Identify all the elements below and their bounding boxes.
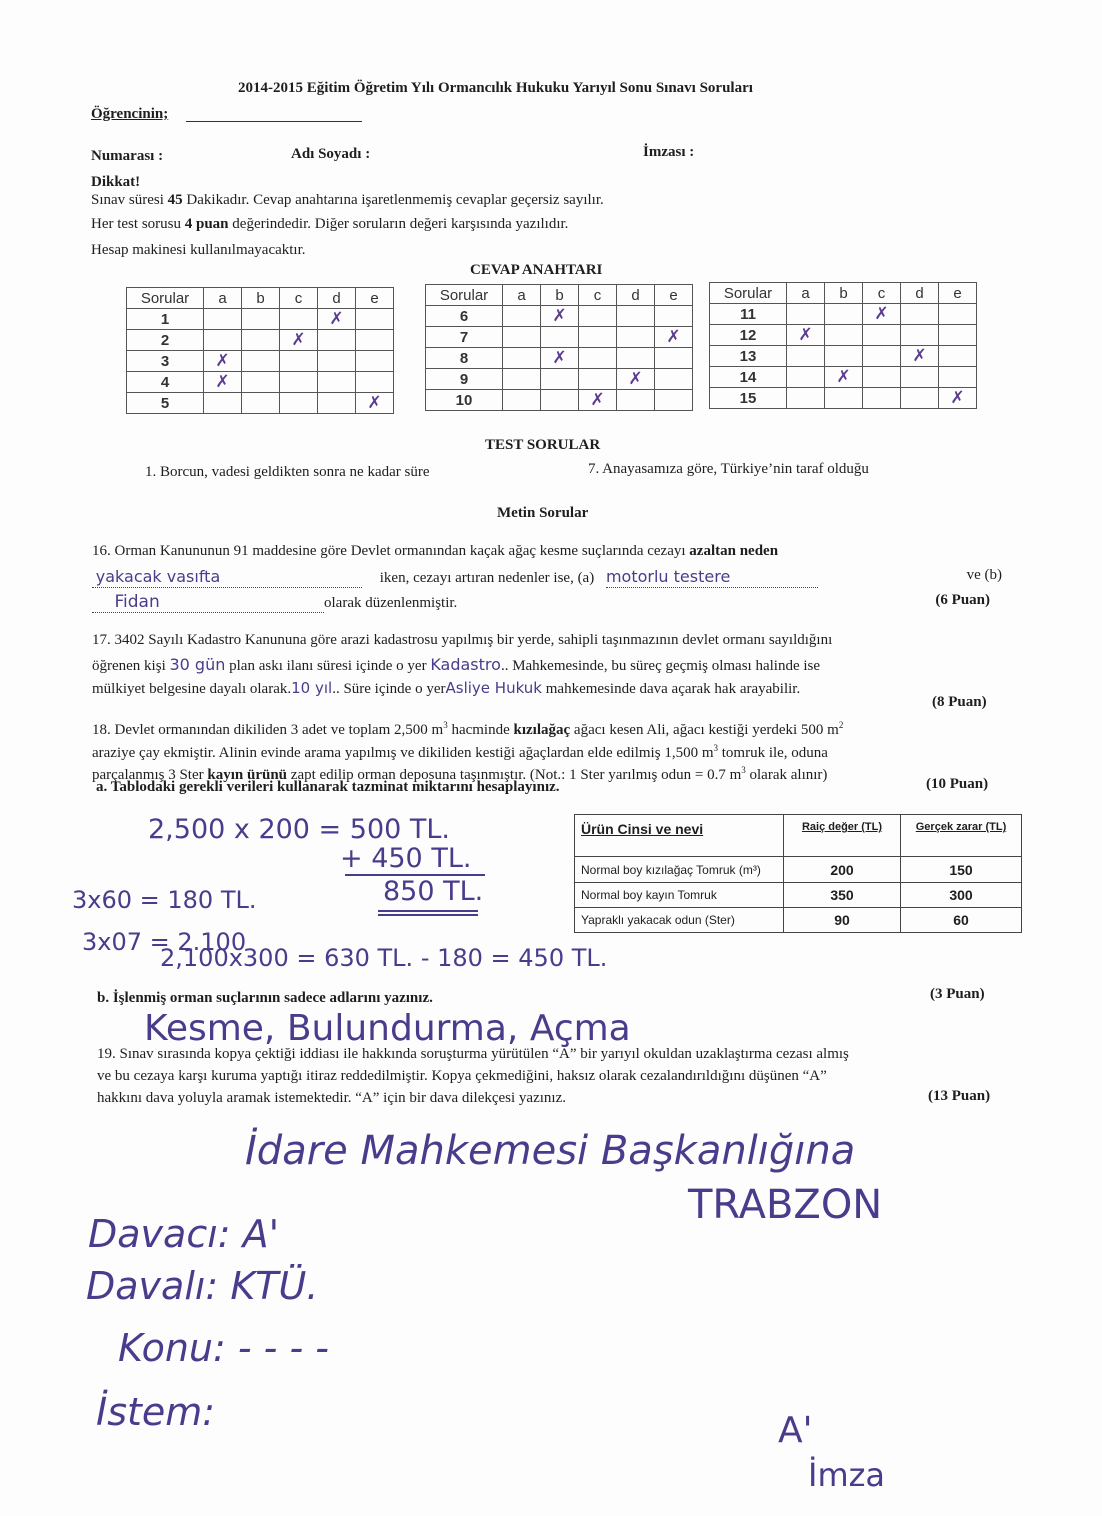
question-17-points: (8 Puan)	[932, 694, 987, 711]
column-header-questions: Sorular	[710, 283, 787, 304]
answer-cell-12-e[interactable]	[939, 325, 977, 346]
question-18b-points: (3 Puan)	[930, 986, 985, 1003]
answer-cell-7-a[interactable]	[503, 327, 541, 348]
answer-key-title: CEVAP ANAHTARI	[470, 262, 602, 279]
answer-cell-2-e[interactable]	[356, 330, 394, 351]
question-number: 9	[426, 369, 503, 390]
question-19-line-1: 19. Sınav sırasında kopya çektiği iddias…	[97, 1046, 1027, 1063]
cross-mark-icon: ✗	[291, 330, 305, 350]
question-number: 4	[127, 372, 204, 393]
instruction-line-1: Sınav süresi 45 Dakikadır. Cevap anahtar…	[91, 192, 604, 209]
answer-18b-crimes: Kesme, Bulundurma, Açma	[144, 1008, 631, 1049]
answer-17-days[interactable]: 30 gün	[169, 655, 225, 674]
table-row: Yapraklı yakacak odun (Ster)9060	[575, 908, 1022, 933]
answer-cell-4-b[interactable]	[242, 372, 280, 393]
value-table: Ürün Cinsi ve nevi Raiç değer (TL) Gerçe…	[574, 814, 1022, 933]
answer-cell-5-a[interactable]	[204, 393, 242, 414]
answer-cell-5-b[interactable]	[242, 393, 280, 414]
answer-row: 10✗	[426, 390, 693, 411]
table-row: Normal boy kayın Tomruk350300	[575, 883, 1022, 908]
question-number: 15	[710, 388, 787, 409]
question-16-points: (6 Puan)	[935, 592, 990, 609]
petition-sign-label: İmza	[808, 1456, 885, 1494]
cross-mark-icon: ✗	[628, 369, 642, 389]
question-number: 5	[127, 393, 204, 414]
answer-cell-5-c[interactable]	[280, 393, 318, 414]
column-header-c: c	[579, 285, 617, 306]
petition-addressee: İdare Mahkemesi Başkanlığına	[245, 1128, 855, 1174]
answer-cell-10-c[interactable]: ✗	[579, 390, 617, 411]
column-header-c: c	[280, 288, 318, 309]
answer-cell-2-b[interactable]	[242, 330, 280, 351]
answer-cell-10-b[interactable]	[541, 390, 579, 411]
answer-row: 1✗	[127, 309, 394, 330]
question-17-line-3: mülkiyet belgesine dayalı olarak.10 yıl.…	[92, 679, 1022, 698]
answer-row: 12✗	[710, 325, 977, 346]
cross-mark-icon: ✗	[912, 346, 926, 366]
calc-line-4: 3x60 = 180 TL.	[72, 886, 256, 914]
cross-mark-icon: ✗	[552, 348, 566, 368]
petition-defendant: Davalı: KTÜ.	[86, 1264, 318, 1308]
calc-line-1: 2,500 x 200 = 500 TL.	[148, 814, 450, 845]
question-number: 12	[710, 325, 787, 346]
petition-request: İstem:	[96, 1390, 215, 1434]
column-header-questions: Sorular	[426, 285, 503, 306]
test-question-7: 7. Anayasamıza göre, Türkiye’nin taraf o…	[588, 461, 869, 478]
question-number: 1	[127, 309, 204, 330]
answer-cell-6-b[interactable]: ✗	[541, 306, 579, 327]
cross-mark-icon: ✗	[329, 309, 343, 329]
answer-key-table-2: Sorularabcde6✗7✗8✗9✗10✗	[425, 284, 693, 411]
answer-cell-4-d[interactable]	[318, 372, 356, 393]
question-number: 3	[127, 351, 204, 372]
answer-cell-7-b[interactable]	[541, 327, 579, 348]
question-16-line-3: Fidanolarak düzenlenmiştir. (6 Puan)	[92, 592, 1014, 613]
answer-cell-13-c[interactable]	[863, 346, 901, 367]
answer-cell-1-b[interactable]	[242, 309, 280, 330]
answer-cell-1-a[interactable]	[204, 309, 242, 330]
answer-cell-3-c[interactable]	[280, 351, 318, 372]
answer-row: 7✗	[426, 327, 693, 348]
answer-cell-3-a[interactable]: ✗	[204, 351, 242, 372]
answer-row: 5✗	[127, 393, 394, 414]
column-header-b: b	[541, 285, 579, 306]
answer-row: 6✗	[426, 306, 693, 327]
cross-mark-icon: ✗	[215, 372, 229, 392]
question-number: 11	[710, 304, 787, 325]
cross-mark-icon: ✗	[874, 304, 888, 324]
answer-cell-5-e[interactable]: ✗	[356, 393, 394, 414]
answer-cell-13-e[interactable]	[939, 346, 977, 367]
name-label: Adı Soyadı :	[291, 146, 370, 163]
cross-mark-icon: ✗	[215, 351, 229, 371]
cross-mark-icon: ✗	[590, 390, 604, 410]
petition-city: TRABZON	[688, 1182, 882, 1228]
answer-key-table-1: Sorularabcde1✗2✗3✗4✗5✗	[126, 287, 394, 414]
answer-cell-4-c[interactable]	[280, 372, 318, 393]
answer-cell-12-d[interactable]	[901, 325, 939, 346]
answer-cell-9-d[interactable]: ✗	[617, 369, 655, 390]
question-number: 7	[426, 327, 503, 348]
cross-mark-icon: ✗	[367, 393, 381, 413]
answer-cell-14-a[interactable]	[787, 367, 825, 388]
answer-row: 11✗	[710, 304, 977, 325]
answer-cell-15-d[interactable]	[901, 388, 939, 409]
table-header-product: Ürün Cinsi ve nevi	[581, 821, 703, 837]
student-label: Öğrencinin;	[91, 106, 168, 123]
answer-cell-13-a[interactable]	[787, 346, 825, 367]
column-header-a: a	[503, 285, 541, 306]
answer-cell-14-d[interactable]	[901, 367, 939, 388]
question-18-line-2: araziye çay ekmiştir. Alinin evinde aram…	[92, 743, 1022, 762]
instruction-line-3: Hesap makinesi kullanılmayacaktır.	[91, 242, 306, 259]
answer-cell-2-a[interactable]	[204, 330, 242, 351]
answer-cell-9-b[interactable]	[541, 369, 579, 390]
answer-cell-4-a[interactable]: ✗	[204, 372, 242, 393]
test-question-1: 1. Borcun, vadesi geldikten sonra ne kad…	[145, 464, 430, 481]
answer-cell-10-e[interactable]	[655, 390, 693, 411]
answer-cell-4-e[interactable]	[356, 372, 394, 393]
question-18b: b. İşlenmiş orman suçlarının sadece adla…	[97, 990, 433, 1007]
question-17-line-1: 17. 3402 Sayılı Kadastro Kanununa göre a…	[92, 632, 1022, 649]
calc-line-3: 850 TL.	[383, 876, 483, 907]
column-header-b: b	[242, 288, 280, 309]
question-19-points: (13 Puan)	[928, 1088, 990, 1105]
answer-cell-15-e[interactable]: ✗	[939, 388, 977, 409]
column-header-d: d	[901, 283, 939, 304]
question-number: 2	[127, 330, 204, 351]
answer-cell-1-e[interactable]	[356, 309, 394, 330]
test-section-heading: TEST SORULAR	[485, 437, 600, 454]
answer-cell-6-e[interactable]	[655, 306, 693, 327]
answer-cell-12-a[interactable]: ✗	[787, 325, 825, 346]
petition-plaintiff: Davacı: A'	[88, 1212, 279, 1256]
answer-cell-2-c[interactable]: ✗	[280, 330, 318, 351]
column-header-a: a	[787, 283, 825, 304]
answer-17-years[interactable]: 10 yıl	[291, 679, 332, 697]
answer-cell-8-c[interactable]	[579, 348, 617, 369]
answer-16-reduce[interactable]: yakacak vasıfta	[96, 567, 221, 586]
signature-label: İmzası :	[643, 144, 694, 161]
answer-16a[interactable]: motorlu testere	[606, 567, 730, 586]
answer-cell-11-e[interactable]	[939, 304, 977, 325]
number-label: Numarası :	[91, 148, 163, 165]
answer-key-table-3: Sorularabcde11✗12✗13✗14✗15✗	[709, 282, 977, 409]
question-number: 8	[426, 348, 503, 369]
question-16-line-1: 16. Orman Kanununun 91 maddesine göre De…	[92, 543, 1014, 560]
answer-cell-13-b[interactable]	[825, 346, 863, 367]
exam-title: 2014-2015 Eğitim Öğretim Yılı Ormancılık…	[238, 80, 753, 97]
answer-row: 14✗	[710, 367, 977, 388]
answer-cell-11-d[interactable]	[901, 304, 939, 325]
answer-cell-8-b[interactable]: ✗	[541, 348, 579, 369]
answer-cell-13-d[interactable]: ✗	[901, 346, 939, 367]
answer-cell-1-d[interactable]: ✗	[318, 309, 356, 330]
question-number: 14	[710, 367, 787, 388]
answer-cell-6-c[interactable]	[579, 306, 617, 327]
column-header-e: e	[939, 283, 977, 304]
answer-cell-8-e[interactable]	[655, 348, 693, 369]
answer-cell-12-b[interactable]	[825, 325, 863, 346]
warning-heading: Dikkat!	[91, 174, 140, 191]
question-number: 13	[710, 346, 787, 367]
table-header-raic: Raiç değer (TL)	[802, 821, 882, 833]
student-blank-line	[186, 121, 362, 122]
answer-row: 2✗	[127, 330, 394, 351]
cross-mark-icon: ✗	[666, 327, 680, 347]
answer-cell-7-d[interactable]	[617, 327, 655, 348]
answer-cell-9-e[interactable]	[655, 369, 693, 390]
petition-sign-name: A'	[778, 1410, 813, 1451]
answer-row: 13✗	[710, 346, 977, 367]
answer-17-court-1[interactable]: Kadastro	[430, 655, 501, 674]
answer-16b[interactable]: Fidan	[115, 592, 160, 612]
column-header-e: e	[655, 285, 693, 306]
calc-line-6: 2,100x300 = 630 TL. - 180 = 450 TL.	[160, 944, 607, 972]
question-number: 10	[426, 390, 503, 411]
answer-cell-15-a[interactable]	[787, 388, 825, 409]
answer-cell-11-c[interactable]: ✗	[863, 304, 901, 325]
column-header-questions: Sorular	[127, 288, 204, 309]
answer-17-court-2[interactable]: Asliye Hukuk	[446, 679, 543, 697]
answer-cell-14-e[interactable]	[939, 367, 977, 388]
cross-mark-icon: ✗	[552, 306, 566, 326]
question-18a-points: (10 Puan)	[926, 776, 988, 793]
answer-cell-9-a[interactable]	[503, 369, 541, 390]
question-18a: a. Tablodaki gerekli verileri kullanarak…	[96, 779, 560, 796]
table-header-zarar: Gerçek zarar (TL)	[916, 821, 1006, 833]
answer-cell-8-a[interactable]	[503, 348, 541, 369]
answer-cell-11-a[interactable]	[787, 304, 825, 325]
question-19-line-3: hakkını dava yoluyla aramak istemektedir…	[97, 1090, 566, 1107]
answer-row: 8✗	[426, 348, 693, 369]
answer-cell-9-c[interactable]	[579, 369, 617, 390]
instruction-line-2: Her test sorusu 4 puan değerindedir. Diğ…	[91, 216, 568, 233]
answer-row: 3✗	[127, 351, 394, 372]
answer-row: 9✗	[426, 369, 693, 390]
answer-cell-11-b[interactable]	[825, 304, 863, 325]
text-section-heading: Metin Sorular	[497, 505, 588, 522]
answer-cell-10-a[interactable]	[503, 390, 541, 411]
column-header-c: c	[863, 283, 901, 304]
answer-cell-3-e[interactable]	[356, 351, 394, 372]
cross-mark-icon: ✗	[950, 388, 964, 408]
question-16-line-2: yakacak vasıfta iken, cezayı artıran ned…	[92, 567, 1014, 588]
answer-cell-7-c[interactable]	[579, 327, 617, 348]
table-row: Normal boy kızılağaç Tomruk (m³)200150	[575, 857, 1022, 883]
column-header-b: b	[825, 283, 863, 304]
answer-cell-6-d[interactable]	[617, 306, 655, 327]
answer-row: 4✗	[127, 372, 394, 393]
answer-cell-1-c[interactable]	[280, 309, 318, 330]
petition-subject: Konu: - - - -	[118, 1326, 329, 1370]
answer-cell-6-a[interactable]	[503, 306, 541, 327]
answer-cell-3-d[interactable]	[318, 351, 356, 372]
column-header-e: e	[356, 288, 394, 309]
answer-cell-12-c[interactable]	[863, 325, 901, 346]
answer-cell-15-b[interactable]	[825, 388, 863, 409]
question-18-line-1: 18. Devlet ormanından dikiliden 3 adet v…	[92, 720, 1022, 739]
question-17-line-2: öğrenen kişi 30 gün plan askı ilanı süre…	[92, 655, 1022, 675]
double-underline	[378, 910, 478, 916]
cross-mark-icon: ✗	[836, 367, 850, 387]
answer-cell-10-d[interactable]	[617, 390, 655, 411]
column-header-a: a	[204, 288, 242, 309]
answer-cell-2-d[interactable]	[318, 330, 356, 351]
question-number: 6	[426, 306, 503, 327]
answer-cell-3-b[interactable]	[242, 351, 280, 372]
answer-row: 15✗	[710, 388, 977, 409]
answer-cell-14-c[interactable]	[863, 367, 901, 388]
answer-cell-14-b[interactable]: ✗	[825, 367, 863, 388]
calc-line-2: + 450 TL.	[340, 843, 471, 874]
question-19-line-2: ve bu cezaya karşı kuruma yaptığı itiraz…	[97, 1068, 1027, 1085]
cross-mark-icon: ✗	[798, 325, 812, 345]
column-header-d: d	[318, 288, 356, 309]
answer-cell-7-e[interactable]: ✗	[655, 327, 693, 348]
answer-cell-15-c[interactable]	[863, 388, 901, 409]
answer-cell-8-d[interactable]	[617, 348, 655, 369]
column-header-d: d	[617, 285, 655, 306]
answer-cell-5-d[interactable]	[318, 393, 356, 414]
